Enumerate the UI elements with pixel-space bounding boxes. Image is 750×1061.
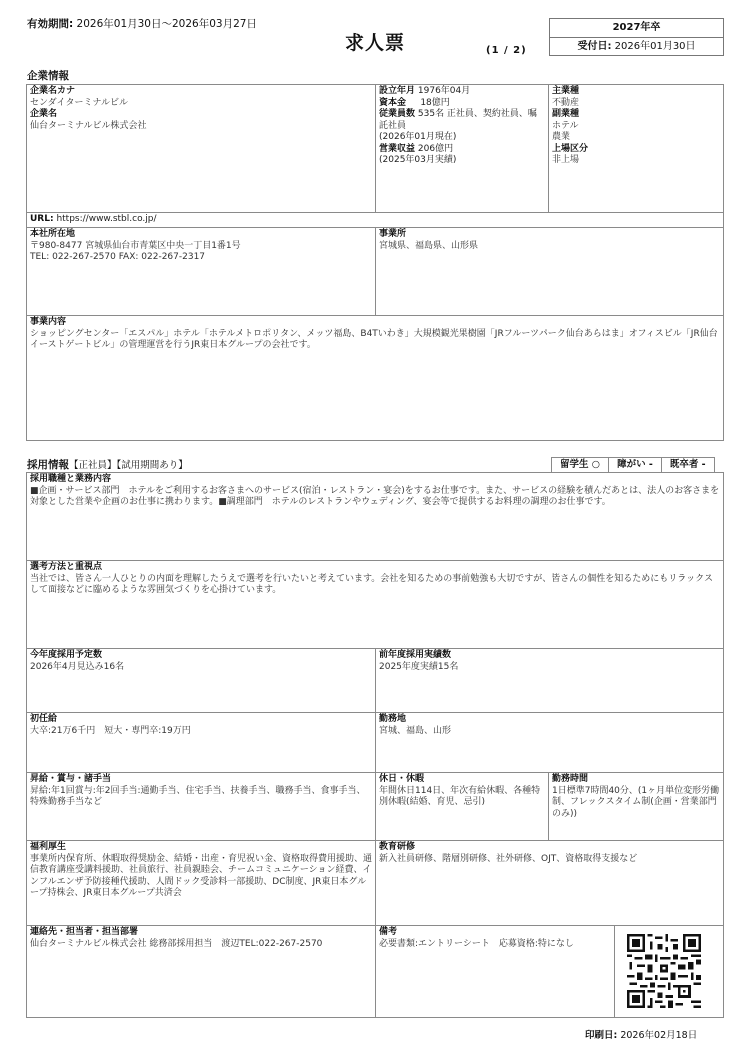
page-indicator: (1 / 2) <box>486 45 527 57</box>
hours-cell: 勤務時間 1日標準7時間40分、(1ヶ月単位変形労働制、フレックスタイム制(企画… <box>548 772 724 841</box>
print-label: 印刷日: <box>585 1030 617 1041</box>
received-label: 受付日: <box>577 41 611 52</box>
training-cell: 教育研修 新入社員研修、階層別研修、社外研修、OJT、資格取得支援など <box>375 840 724 926</box>
company-name-label: 企業名 <box>30 109 372 121</box>
hq-address: 〒980-8477 宮城県仙台市青葉区中央一丁目1番1号 <box>30 241 372 253</box>
contact-label: 連絡先・担当者・担当部署 <box>30 927 372 939</box>
print-date: 印刷日: 2026年02月18日 <box>585 1030 697 1042</box>
revenue-row: 営業収益 206億円 <box>379 144 545 156</box>
holiday-value: 年間休日114日、年次有給休暇、各種特別休暇(結婚、育児、忌引) <box>379 786 545 809</box>
capital-value: 18億円 <box>420 98 449 108</box>
salary-label: 初任給 <box>30 714 372 726</box>
previous-hires-cell: 前年度採用実績数 2025年度実績15名 <box>375 648 724 713</box>
business-cell: 事業内容 ショッピングセンター「エスパル」ホテル「ホテルメトロポリタン、メッツ福… <box>26 315 724 441</box>
recruitment-title: 採用情報 <box>27 459 69 471</box>
badge-international-student: 留学生 ○ <box>552 458 608 472</box>
eligibility-badges: 留学生 ○ 障がい - 既卒者 - <box>551 457 715 473</box>
employees-row: 従業員数 535名 正社員、契約社員、嘱託社員 <box>379 109 545 132</box>
holiday-label: 休日・休暇 <box>379 774 545 786</box>
received-date: 受付日: 2026年01月30日 <box>550 38 723 56</box>
job-value: ■企画・サービス部門 ホテルをご利用するお客さまへのサービス(宿泊・レストラン・… <box>30 486 720 509</box>
sub-industry-value-2: 農業 <box>552 132 720 144</box>
planned-label: 今年度採用予定数 <box>30 650 372 662</box>
selection-label: 選考方法と重視点 <box>30 562 720 574</box>
location-value: 宮城、福島、山形 <box>379 726 720 738</box>
notes-cell: 備考 必要書類:エントリーシート 応募資格:特になし <box>375 925 615 1018</box>
revenue-value: 206億円 <box>418 144 453 154</box>
salary-cell: 初任給 大卒:21万6千円 短大・専門卒:19万円 <box>26 712 376 773</box>
validity-period: 有効期間: 2026年01月30日〜2026年03月27日 <box>27 19 257 31</box>
notes-value: 必要書類:エントリーシート 応募資格:特になし <box>379 939 611 951</box>
hq-cell: 本社所在地 〒980-8477 宮城県仙台市青葉区中央一丁目1番1号 TEL: … <box>26 227 376 316</box>
recruitment-tags: 【正社員】【試用期間あり】 <box>69 460 188 471</box>
job-description-cell: 採用職種と業務内容 ■企画・サービス部門 ホテルをご利用するお客さまへのサービス… <box>26 472 724 561</box>
welfare-label: 福利厚生 <box>30 842 372 854</box>
holiday-cell: 休日・休暇 年間休日114日、年次有給休暇、各種特別休暇(結婚、育児、忌引) <box>375 772 549 841</box>
welfare-value: 事業所内保育所、休暇取得奨励金、結婚・出産・育児祝い金、資格取得費用援助、通信教… <box>30 854 372 900</box>
kana-value: センダイターミナルビル <box>30 98 372 110</box>
validity-label: 有効期間: <box>27 18 73 30</box>
print-value: 2026年02月18日 <box>620 1030 697 1041</box>
revenue-label: 営業収益 <box>379 144 415 154</box>
previous-value: 2025年度実績15名 <box>379 662 720 674</box>
company-facts-cell: 設立年月 1976年04月 資本金 18億円 従業員数 535名 正社員、契約社… <box>375 84 549 213</box>
sub-industry-label: 副業種 <box>552 109 720 121</box>
main-industry-label: 主業種 <box>552 86 720 98</box>
main-industry-value: 不動産 <box>552 98 720 110</box>
capital-label: 資本金 <box>379 98 406 108</box>
company-name-value: 仙台ターミナルビル株式会社 <box>30 121 372 133</box>
salary-value: 大卒:21万6千円 短大・専門卒:19万円 <box>30 726 372 738</box>
company-section-title: 企業情報 <box>27 71 69 83</box>
hours-label: 勤務時間 <box>552 774 720 786</box>
raise-cell: 昇給・賞与・諸手当 昇給:年1回賞与:年2回手当:通勤手当、住宅手当、扶養手当、… <box>26 772 376 841</box>
training-label: 教育研修 <box>379 842 720 854</box>
offices-value: 宮城県、福島県、山形県 <box>379 241 720 253</box>
qr-code-icon[interactable] <box>627 932 701 1010</box>
hq-contact: TEL: 022-267-2570 FAX: 022-267-2317 <box>30 252 372 264</box>
validity-value: 2026年01月30日〜2026年03月27日 <box>77 18 257 30</box>
industry-cell: 主業種 不動産 副業種 ホテル 農業 上場区分 非上場 <box>548 84 724 213</box>
employees-label: 従業員数 <box>379 109 415 119</box>
contact-cell: 連絡先・担当者・担当部署 仙台ターミナルビル株式会社 総務部採用担当 渡辺TEL… <box>26 925 376 1018</box>
raise-label: 昇給・賞与・諸手当 <box>30 774 372 786</box>
business-label: 事業内容 <box>30 317 720 329</box>
founded-value: 1976年04月 <box>418 86 470 96</box>
hours-value: 1日標準7時間40分、(1ヶ月単位変形労働制、フレックスタイム制(企画・営業部門… <box>552 786 720 821</box>
planned-value: 2026年4月見込み16名 <box>30 662 372 674</box>
sub-industry-value-1: ホテル <box>552 121 720 133</box>
listing-label: 上場区分 <box>552 144 720 156</box>
listing-value: 非上場 <box>552 155 720 167</box>
founded-label: 設立年月 <box>379 86 415 96</box>
training-value: 新入社員研修、階層別研修、社外研修、OJT、資格取得支援など <box>379 854 720 866</box>
company-url-link[interactable]: https://www.stbl.co.jp/ <box>56 214 156 224</box>
contact-value: 仙台ターミナルビル株式会社 総務部採用担当 渡辺TEL:022-267-2570 <box>30 939 372 951</box>
selection-value: 当社では、皆さん一人ひとりの内面を理解したうえで選考を行いたいと考えています。会… <box>30 574 720 597</box>
graduation-box: 2027年卒 受付日: 2026年01月30日 <box>549 18 724 56</box>
location-cell: 勤務地 宮城、福島、山形 <box>375 712 724 773</box>
job-label: 採用職種と業務内容 <box>30 474 720 486</box>
revenue-note: (2025年03月実績) <box>379 155 545 167</box>
offices-label: 事業所 <box>379 229 720 241</box>
company-name-cell: 企業名カナ センダイターミナルビル 企業名 仙台ターミナルビル株式会社 <box>26 84 376 213</box>
kana-label: 企業名カナ <box>30 86 372 98</box>
founded-row: 設立年月 1976年04月 <box>379 86 545 98</box>
page-title: 求人票 <box>345 38 405 50</box>
recruitment-section-title: 採用情報【正社員】【試用期間あり】 <box>27 460 188 472</box>
hq-label: 本社所在地 <box>30 229 372 241</box>
url-cell: URL: https://www.stbl.co.jp/ <box>26 212 724 228</box>
badge-disability: 障がい - <box>608 458 661 472</box>
received-value: 2026年01月30日 <box>615 41 696 52</box>
notes-label: 備考 <box>379 927 611 939</box>
welfare-cell: 福利厚生 事業所内保育所、休暇取得奨励金、結婚・出産・育児祝い金、資格取得費用援… <box>26 840 376 926</box>
offices-cell: 事業所 宮城県、福島県、山形県 <box>375 227 724 316</box>
previous-label: 前年度採用実績数 <box>379 650 720 662</box>
graduation-year: 2027年卒 <box>550 19 723 38</box>
url-label: URL: <box>30 214 54 224</box>
location-label: 勤務地 <box>379 714 720 726</box>
badge-graduates: 既卒者 - <box>661 458 714 472</box>
employees-note: (2026年01月現在) <box>379 132 545 144</box>
capital-row: 資本金 18億円 <box>379 98 545 110</box>
planned-hires-cell: 今年度採用予定数 2026年4月見込み16名 <box>26 648 376 713</box>
raise-value: 昇給:年1回賞与:年2回手当:通勤手当、住宅手当、扶養手当、職務手当、食事手当、… <box>30 786 372 809</box>
selection-cell: 選考方法と重視点 当社では、皆さん一人ひとりの内面を理解したうえで選考を行いたい… <box>26 560 724 649</box>
business-value: ショッピングセンター「エスパル」ホテル「ホテルメトロポリタン、メッツ福島、B4T… <box>30 329 720 352</box>
